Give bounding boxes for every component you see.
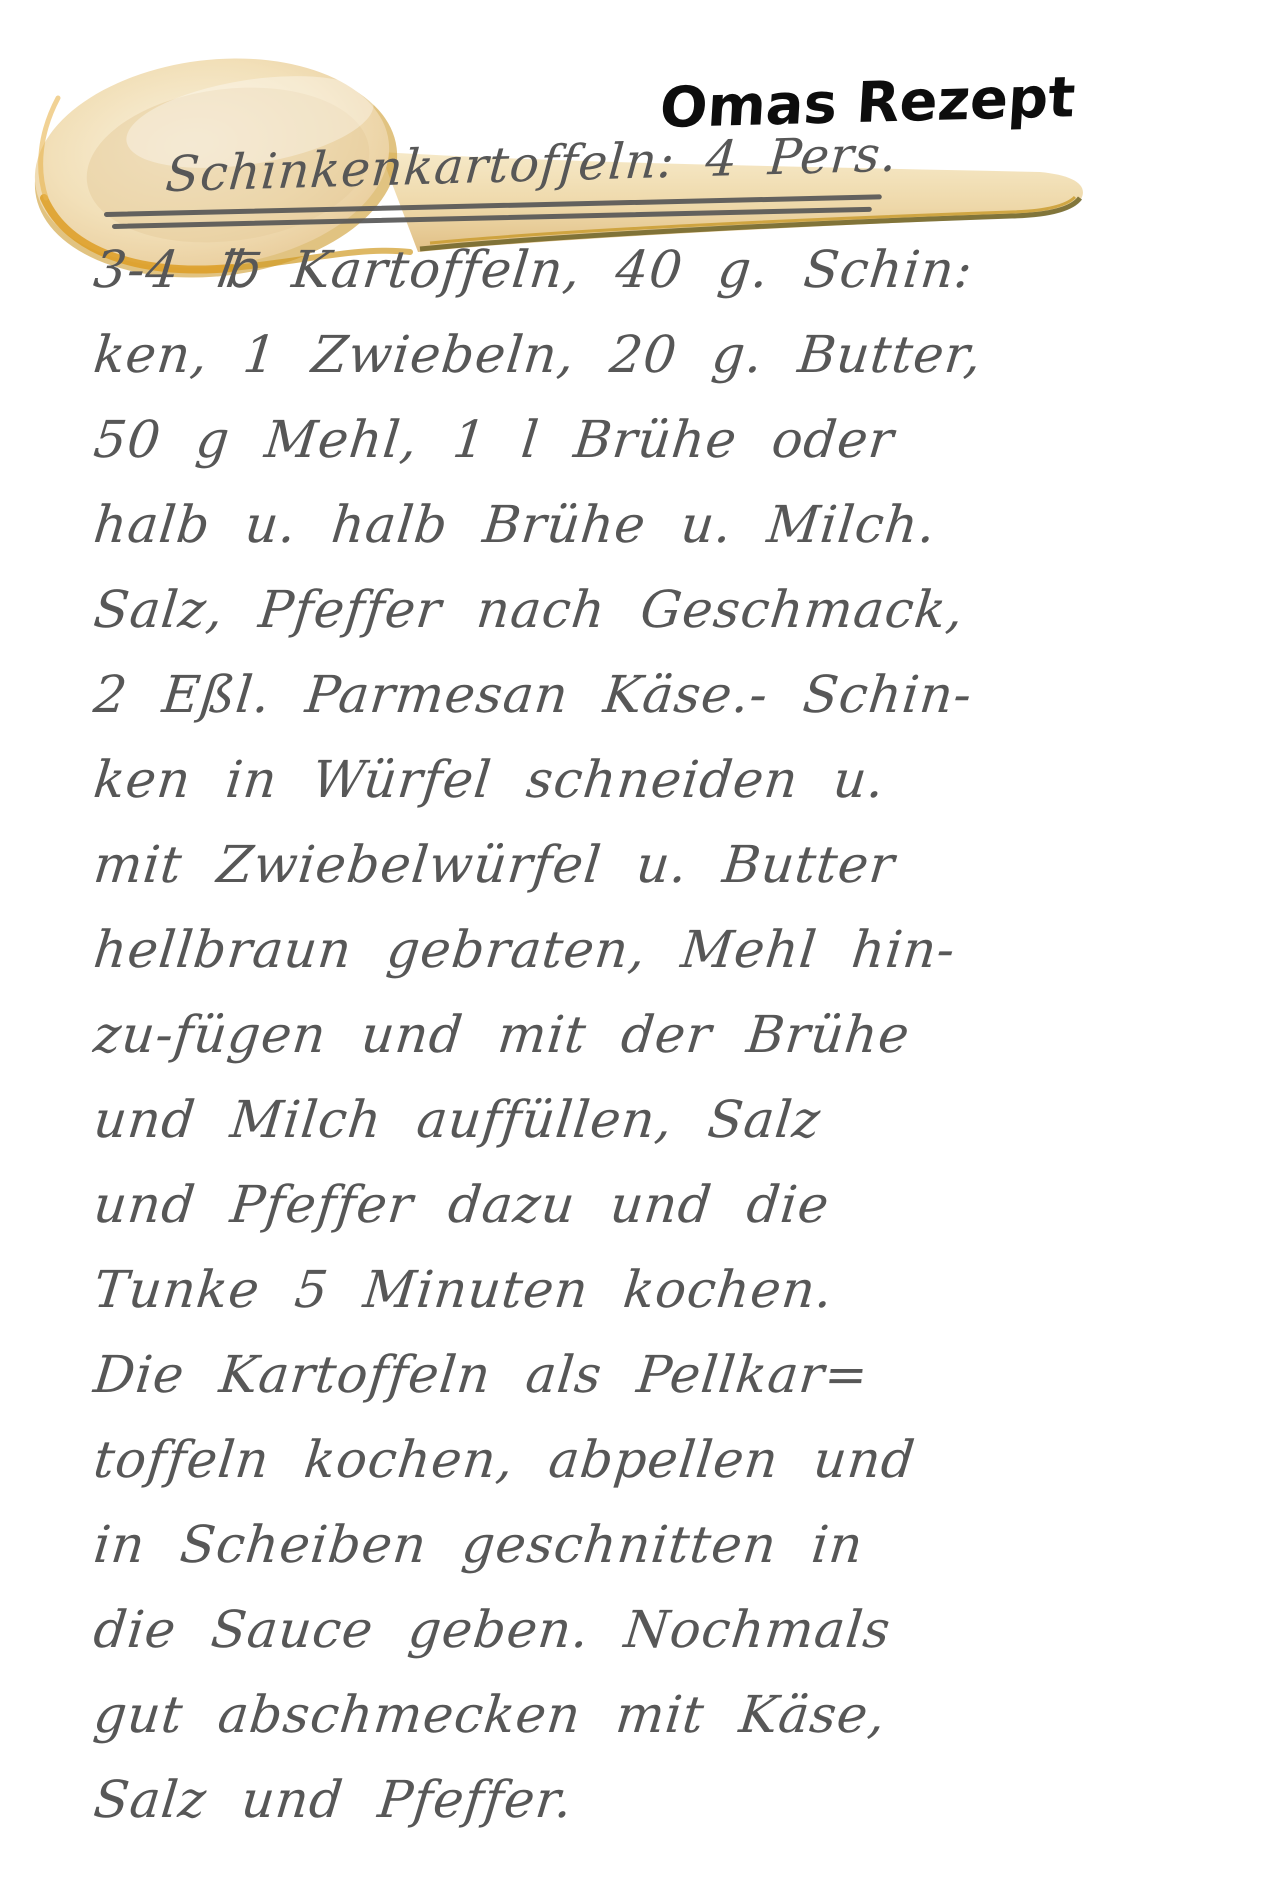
recipe-line: hellbraun gebraten, Mehl hin- [90, 908, 987, 993]
recipe-line: ken, 1 Zwiebeln, 20 g. Butter, [90, 313, 987, 398]
recipe-line: halb u. halb Brühe u. Milch. [90, 483, 987, 568]
recipe-line: die Sauce geben. Nochmals [90, 1588, 987, 1673]
recipe-body: 3-4 ℔ Kartoffeln, 40 g. Schin: ken, 1 Zw… [94, 228, 982, 1843]
recipe-line: und Milch auffüllen, Salz [90, 1078, 987, 1163]
recipe-line: und Pfeffer dazu und die [90, 1163, 987, 1248]
recipe-page: Omas Rezept Schinkenkartoffeln: 4 Pers. … [0, 0, 1268, 1902]
recipe-line: gut abschmecken mit Käse, [90, 1673, 987, 1758]
recipe-line: 50 g Mehl, 1 l Brühe oder [90, 398, 987, 483]
recipe-line: Salz, Pfeffer nach Geschmack, [90, 568, 987, 653]
recipe-line: mit Zwiebelwürfel u. Butter [90, 823, 987, 908]
recipe-line: Salz und Pfeffer. [90, 1758, 987, 1843]
recipe-line: zu-fügen und mit der Brühe [90, 993, 987, 1078]
recipe-line: in Scheiben geschnitten in [90, 1503, 987, 1588]
recipe-line: 2 Eßl. Parmesan Käse.- Schin- [90, 653, 987, 738]
recipe-line: 3-4 ℔ Kartoffeln, 40 g. Schin: [90, 228, 987, 313]
recipe-line: toffeln kochen, abpellen und [90, 1418, 987, 1503]
recipe-line: ken in Würfel schneiden u. [90, 738, 987, 823]
recipe-line: Die Kartoffeln als Pellkar= [90, 1333, 987, 1418]
recipe-line: Tunke 5 Minuten kochen. [90, 1248, 987, 1333]
